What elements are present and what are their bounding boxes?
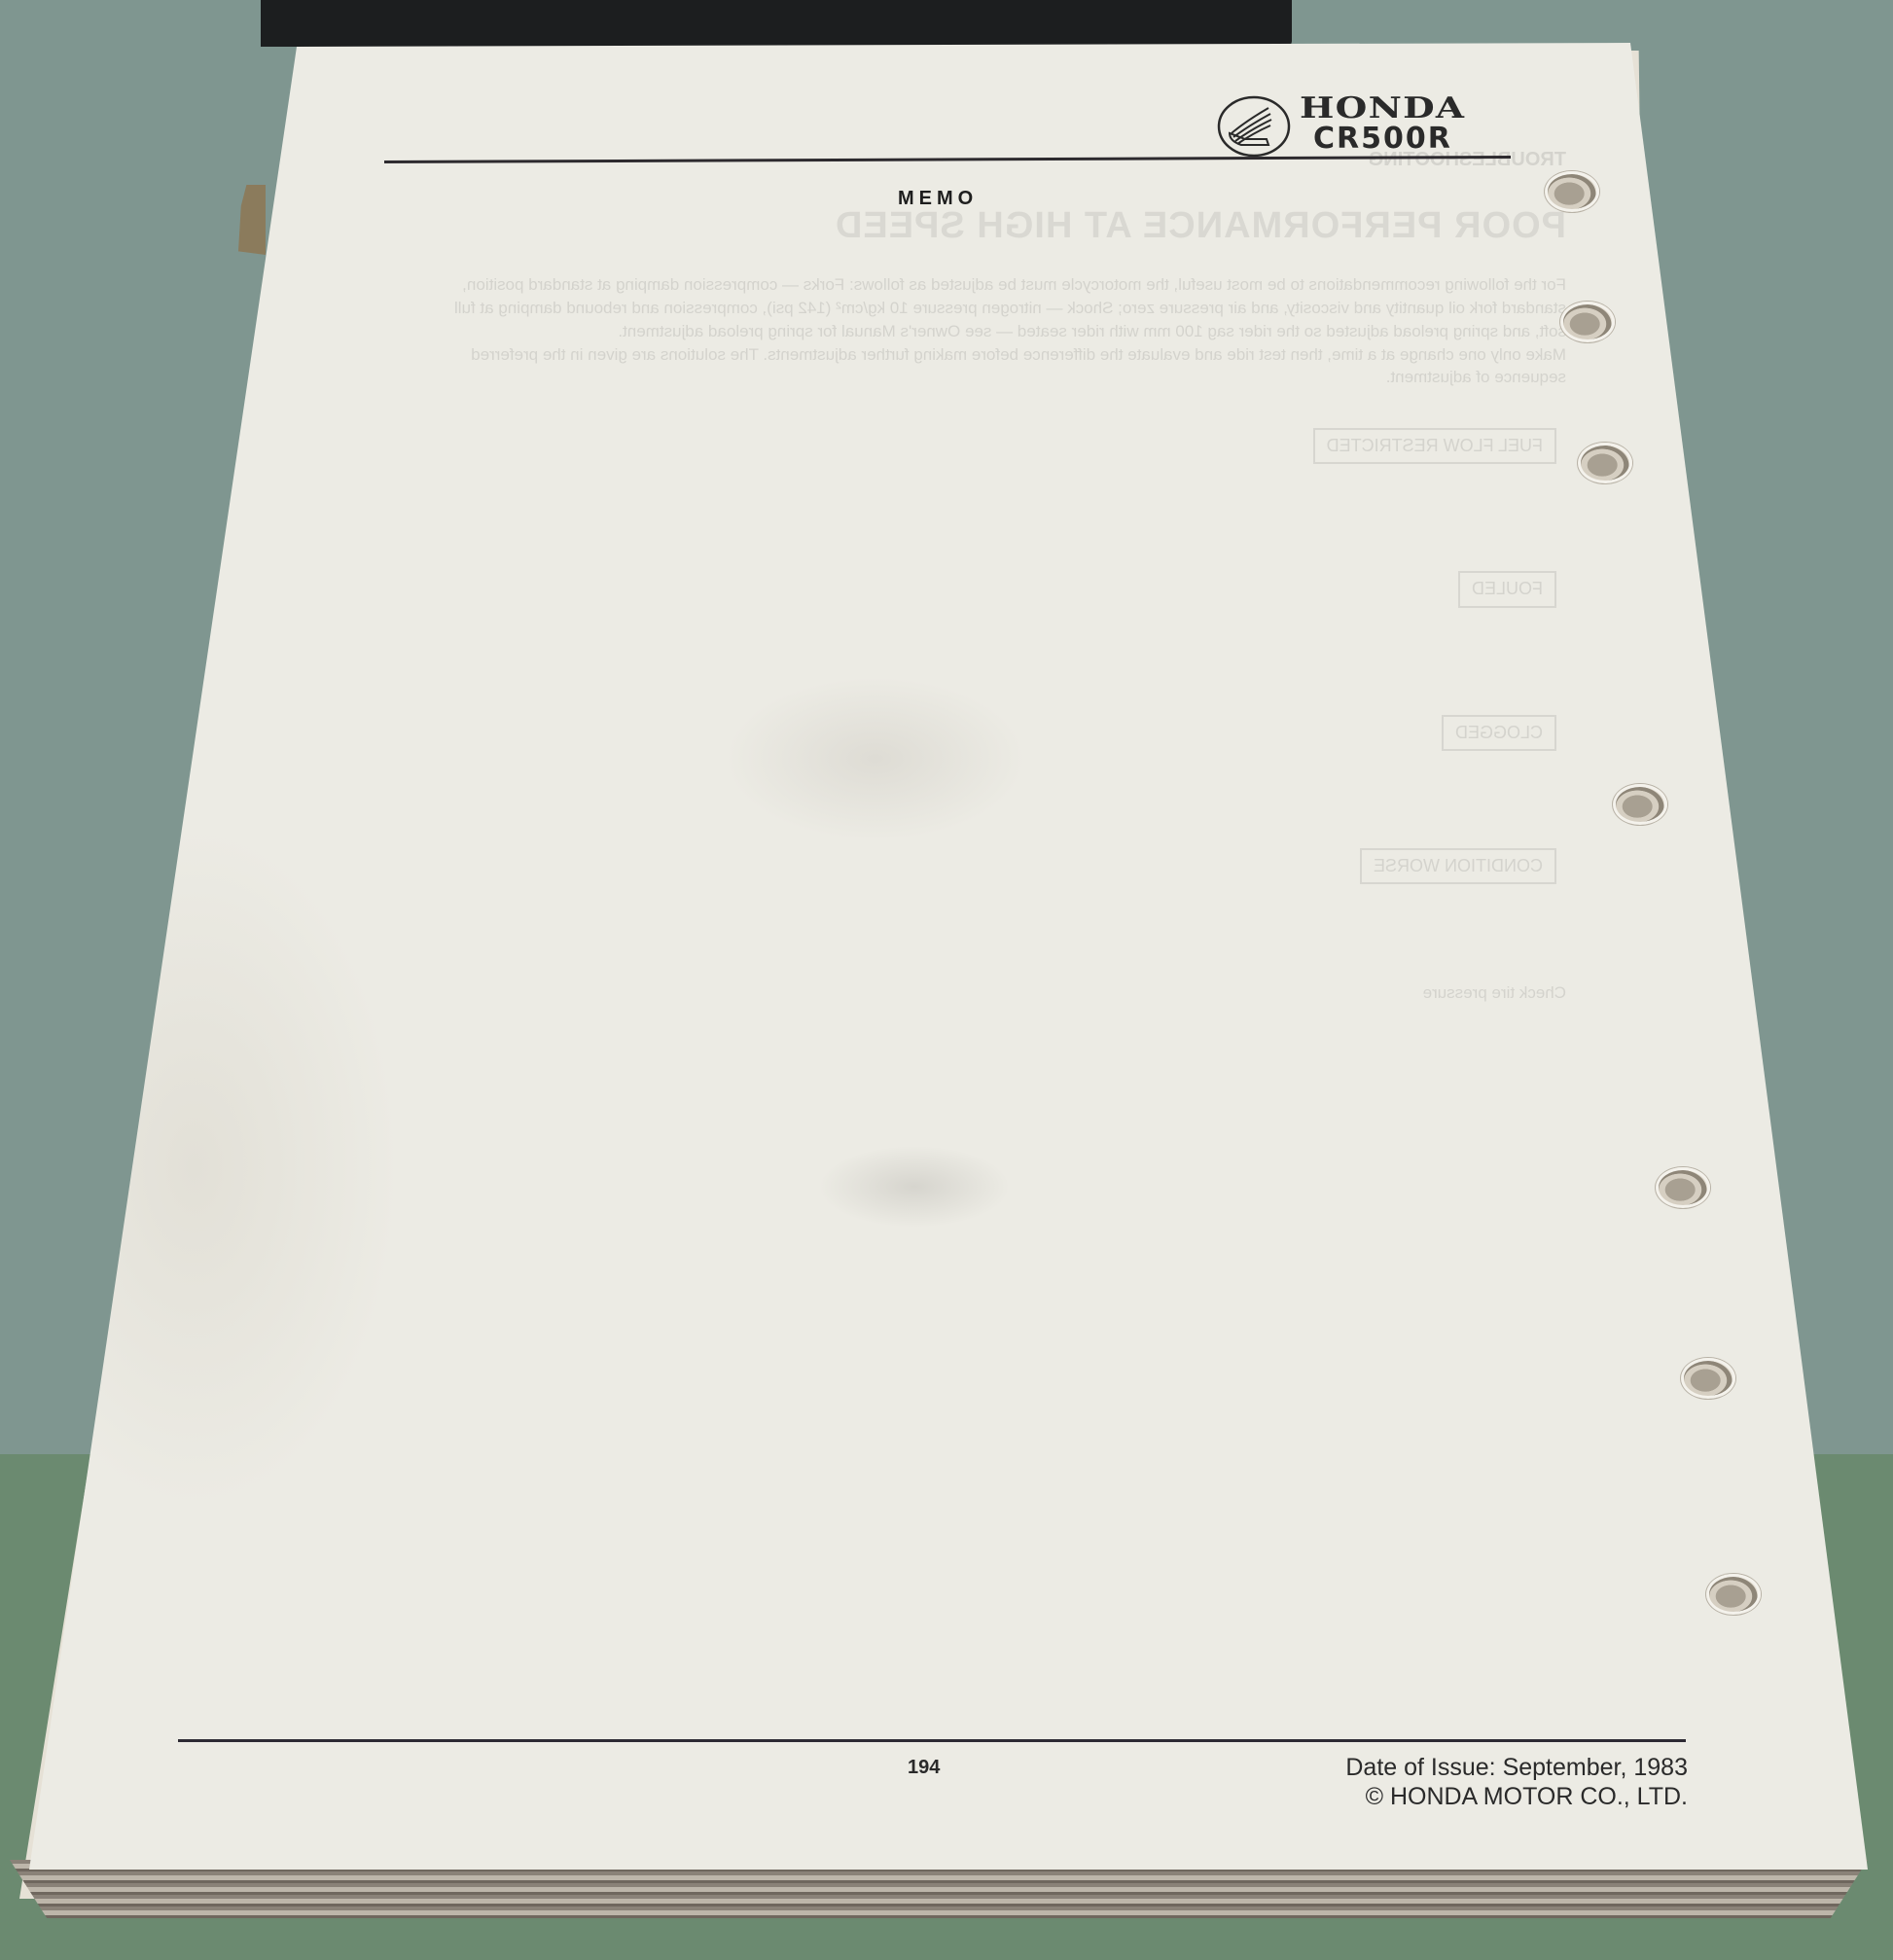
manual-page: TROUBLESHOOTING POOR PERFORMANCE AT HIGH… (0, 0, 1893, 1960)
header-rule (384, 156, 1511, 163)
page-title: MEMO (898, 188, 978, 210)
page-number: 194 (908, 1757, 940, 1779)
issue-date: Date of Issue: September, 1983 (1308, 1753, 1688, 1782)
binder-hole (1578, 443, 1632, 483)
binder-hole (1656, 1167, 1710, 1208)
brand-name: HONDA (1300, 93, 1490, 125)
honda-wing-logo-icon (1216, 94, 1292, 159)
brand-block: HONDA CR500R (1300, 93, 1452, 154)
bleed-box: FOULED (1458, 571, 1556, 607)
copyright: © HONDA MOTOR CO., LTD. (1308, 1782, 1688, 1811)
binder-hole (1613, 784, 1667, 825)
bleed-box: CONDITION WORSE (1360, 848, 1556, 884)
footer-meta: Date of Issue: September, 1983 © HONDA M… (1308, 1753, 1688, 1811)
bleed-line: For the following recommendations to be … (447, 273, 1566, 342)
bleed-line: Check tire pressure (1423, 983, 1566, 1002)
binder-hole (1560, 302, 1615, 342)
bleed-heading: POOR PERFORMANCE AT HIGH SPEED (370, 200, 1566, 252)
binder-hole (1706, 1574, 1761, 1615)
footer-rule (178, 1739, 1686, 1742)
model-name: CR500R (1313, 125, 1452, 154)
binder-hole (1681, 1358, 1735, 1399)
binder-hole (1545, 171, 1599, 212)
bleed-through-text: TROUBLESHOOTING POOR PERFORMANCE AT HIGH… (370, 146, 1566, 1508)
bleed-header: TROUBLESHOOTING (370, 146, 1566, 173)
bleed-box: CLOGGED (1442, 715, 1556, 751)
bleed-line: Make only one change at a time, then tes… (447, 343, 1566, 390)
bleed-box: FUEL FLOW RESTRICTED (1313, 428, 1556, 464)
torn-tab (238, 185, 266, 255)
manual-page-stack: TROUBLESHOOTING POOR PERFORMANCE AT HIGH… (0, 0, 1893, 1960)
